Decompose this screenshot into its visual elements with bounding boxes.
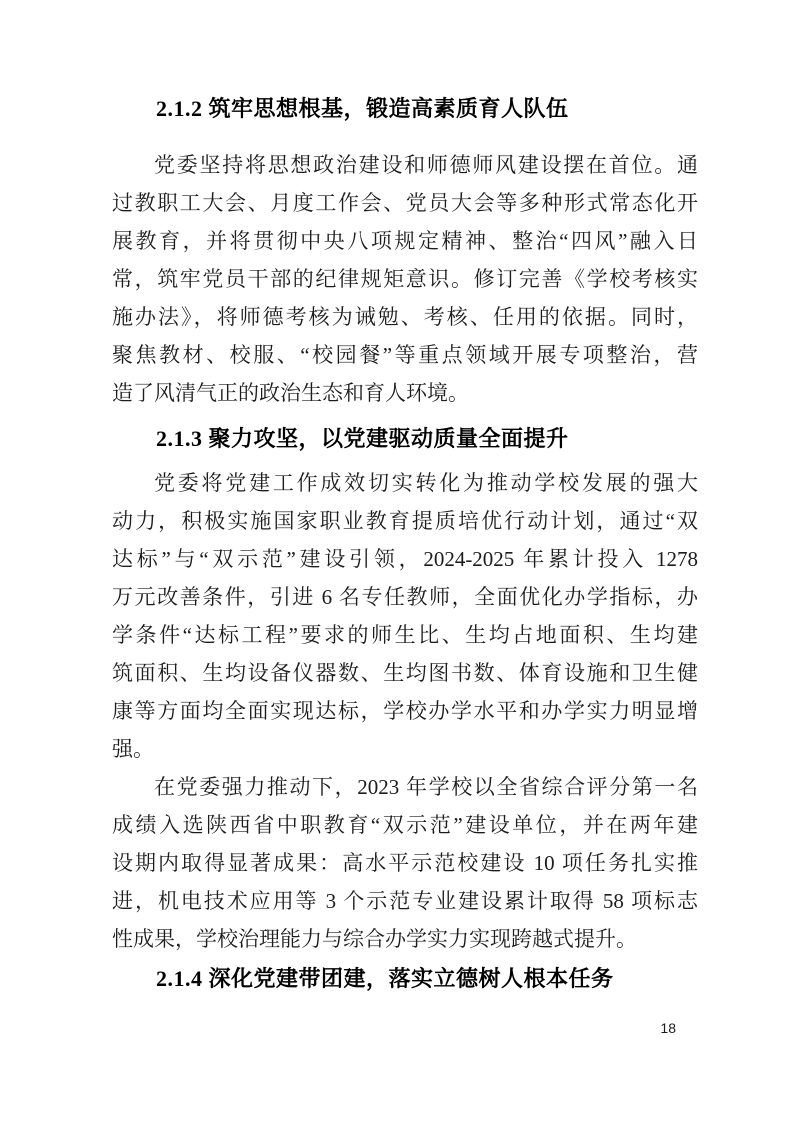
document-content: 2.1.2 筑牢思想根基，锻造高素质育人队伍 党委坚持将思想政治建设和师德师风建… [0, 0, 794, 996]
paragraph-1: 党委坚持将思想政治建设和师德师风建设摆在首位。通 过教职工大会、月度工作会、党员… [112, 146, 698, 412]
paragraph-line: 万元改善条件，引进 6 名专任教师，全面优化办学指标，办 [112, 578, 698, 616]
paragraph-line: 常，筑牢党员干部的纪律规矩意识。修订完善《学校考核实 [112, 260, 698, 298]
paragraph-line: 过教职工大会、月度工作会、党员大会等多种形式常态化开 [112, 184, 698, 222]
paragraph-line: 达标”与“双示范”建设引领，2024-2025 年累计投入 1278 [112, 540, 698, 578]
paragraph-line: 设期内取得显著成果：高水平示范校建设 10 项任务扎实推 [112, 844, 698, 882]
section-heading-2-1-2: 2.1.2 筑牢思想根基，锻造高素质育人队伍 [112, 92, 698, 126]
page-number: 18 [660, 1020, 676, 1036]
section-heading-2-1-4: 2.1.4 深化党建带团建，落实立德树人根本任务 [112, 962, 698, 996]
paragraph-line: 学条件“达标工程”要求的师生比、生均占地面积、生均建 [112, 616, 698, 654]
paragraph-line: 性成果，学校治理能力与综合办学实力实现跨越式提升。 [112, 920, 698, 958]
paragraph-line: 筑面积、生均设备仪器数、生均图书数、体育设施和卫生健 [112, 654, 698, 692]
paragraph-line: 进，机电技术应用等 3 个示范专业建设累计取得 58 项标志 [112, 882, 698, 920]
paragraph-line: 强。 [112, 730, 698, 768]
paragraph-3: 在党委强力推动下，2023 年学校以全省综合评分第一名 成绩入选陕西省中职教育“… [112, 768, 698, 958]
section-heading-2-1-3: 2.1.3 聚力攻坚，以党建驱动质量全面提升 [112, 422, 698, 456]
paragraph-line: 造了风清气正的政治生态和育人环境。 [112, 374, 698, 412]
paragraph-line: 聚焦教材、校服、“校园餐”等重点领域开展专项整治，营 [112, 336, 698, 374]
paragraph-line: 展教育，并将贯彻中央八项规定精神、整治“四风”融入日 [112, 222, 698, 260]
paragraph-line: 党委坚持将思想政治建设和师德师风建设摆在首位。通 [112, 146, 698, 184]
paragraph-line: 成绩入选陕西省中职教育“双示范”建设单位，并在两年建 [112, 806, 698, 844]
paragraph-line: 在党委强力推动下，2023 年学校以全省综合评分第一名 [112, 768, 698, 806]
paragraph-line: 康等方面均全面实现达标，学校办学水平和办学实力明显增 [112, 692, 698, 730]
paragraph-2: 党委将党建工作成效切实转化为推动学校发展的强大 动力，积极实施国家职业教育提质培… [112, 464, 698, 768]
paragraph-line: 动力，积极实施国家职业教育提质培优行动计划，通过“双 [112, 502, 698, 540]
document-page: 2.1.2 筑牢思想根基，锻造高素质育人队伍 党委坚持将思想政治建设和师德师风建… [0, 0, 794, 1123]
paragraph-line: 施办法》，将师德考核为诫勉、考核、任用的依据。同时， [112, 298, 698, 336]
paragraph-line: 党委将党建工作成效切实转化为推动学校发展的强大 [112, 464, 698, 502]
